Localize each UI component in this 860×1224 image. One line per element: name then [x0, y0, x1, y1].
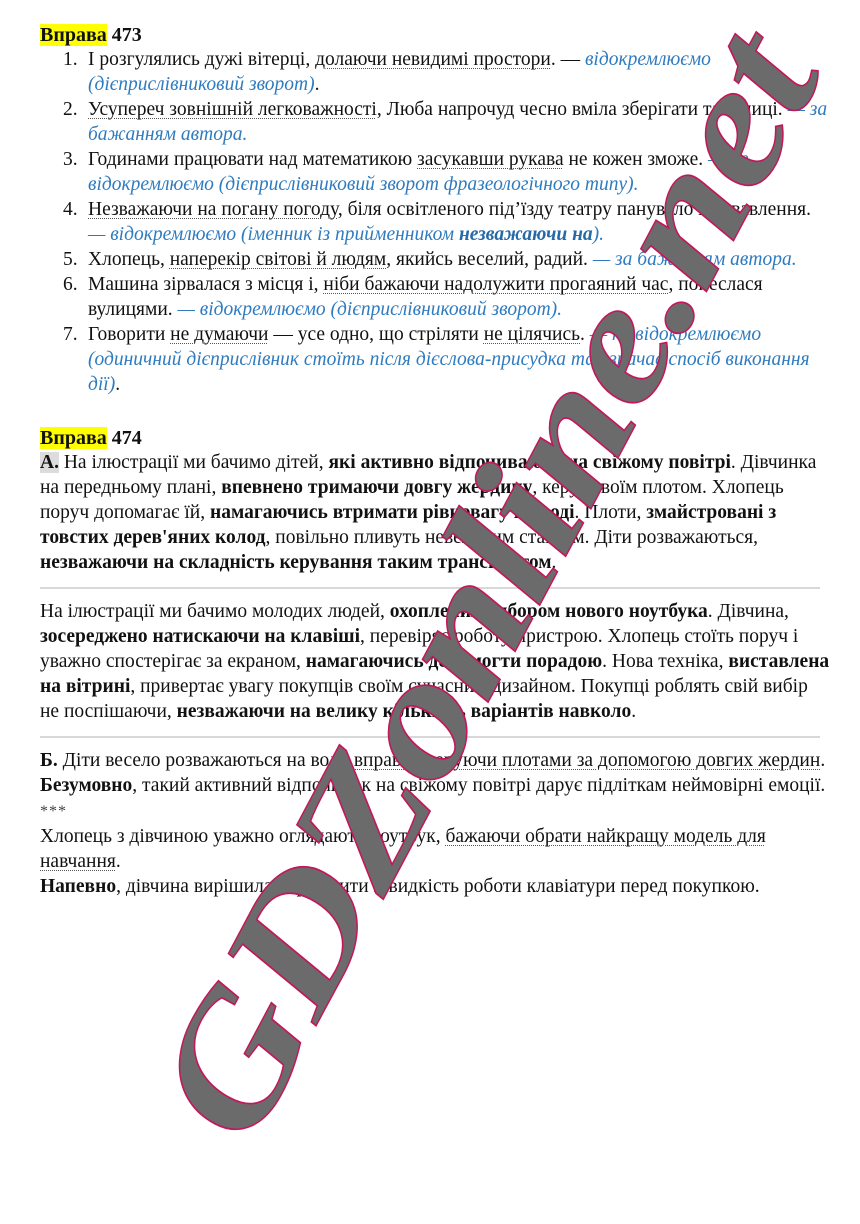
text-run: не кожен зможе. [564, 149, 708, 170]
divider [40, 736, 820, 738]
title-highlight: Вправа [40, 24, 107, 46]
exercise-number: 474 [107, 427, 142, 449]
part-a-paragraph-1: А. На ілюстрації ми бачимо дітей, які ак… [40, 450, 830, 575]
emphasized-term: незважаючи на [459, 224, 593, 245]
item-number: 1. [63, 47, 78, 72]
underlined-phrase: ніби бажаючи надолужити прогаяний час [323, 274, 668, 295]
text-run: , Люба напрочуд чесно вміла зберігати та… [377, 99, 788, 120]
list-item: 5.Хлопець, наперекір світові й людям, як… [88, 247, 830, 272]
item-number: 5. [63, 247, 78, 272]
text-run: , повільно пливуть невеликим ставком. Ді… [266, 527, 759, 548]
part-b-line: Напевно, дівчина вирішила перевірити шви… [40, 874, 830, 899]
text-run: Годинами працювати над математикою [88, 149, 417, 170]
text-run: — усе одно, що стріляти [268, 324, 483, 345]
text-run: Діти весело розважаються на воді, [58, 750, 354, 771]
list-item: 4.Незважаючи на погану погоду, біля осві… [88, 197, 830, 247]
part-b-line: *** [40, 798, 830, 824]
text-run: Хлопець з дівчиною уважно оглядають ноут… [40, 826, 446, 847]
list-item: 2.Усупереч зовнішній легковажності, Люба… [88, 97, 830, 147]
text-run: І розгулялись дужі вітерці, [88, 49, 315, 70]
bold-phrase: впевнено тримаючи довгу жердину [221, 477, 532, 498]
bold-phrase: охоплених вибором нового ноутбука [390, 601, 708, 622]
title-highlight: Вправа [40, 427, 107, 449]
item-number: 6. [63, 272, 78, 297]
text-run: , біля освітленого під’їзду театру панув… [338, 199, 811, 220]
part-b-section: Б. Діти весело розважаються на воді, впр… [40, 748, 830, 899]
item-number: 4. [63, 197, 78, 222]
annotation-note: ). [593, 224, 604, 245]
text-run: . — [551, 49, 585, 70]
part-b-line: Б. Діти весело розважаються на воді, впр… [40, 748, 830, 773]
text-run: . [315, 74, 320, 95]
text-run: . [820, 750, 825, 771]
bold-phrase: незважаючи на велику кількість варіантів… [177, 701, 632, 722]
part-a-label: А. [40, 452, 59, 473]
text-run: На ілюстрації ми бачимо молодих людей, [40, 601, 390, 622]
underlined-phrase: Незважаючи на погану погоду [88, 199, 338, 220]
divider [40, 587, 820, 589]
item-number: 7. [63, 322, 78, 347]
text-run: , такий активний відпочинок на свіжому п… [132, 775, 825, 796]
exercise-473-title: Вправа 473 [40, 22, 830, 47]
list-item: 7.Говорити не думаючи — усе одно, що стр… [88, 322, 830, 397]
exercise-number: 473 [107, 24, 142, 46]
text-run: Говорити [88, 324, 170, 345]
text-run: Хлопець, [88, 249, 170, 270]
item-number: 2. [63, 97, 78, 122]
annotation-note: — відокремлюємо (дієприслівниковий зворо… [178, 299, 563, 320]
part-b-line: Безумовно, такий активний відпочинок на … [40, 773, 830, 798]
list-item: 6.Машина зірвалася з місця і, ніби бажаю… [88, 272, 830, 322]
bold-phrase: намагаючись втримати рівновагу на воді [210, 502, 575, 523]
underlined-phrase: не цілячись [484, 324, 580, 345]
text-run: . [116, 851, 121, 872]
underlined-phrase: наперекір світові й людям [170, 249, 387, 270]
bold-phrase: намагаючись допомогти порадою [306, 651, 602, 672]
document-page: Вправа 473 1.І розгулялись дужі вітерці,… [40, 22, 830, 899]
text-run: . [580, 324, 590, 345]
annotation-note: — за бажанням автора. [593, 249, 797, 270]
text-run: . Дівчина, [708, 601, 789, 622]
item-number: 3. [63, 147, 78, 172]
annotation-note: незважаючи на [459, 224, 593, 245]
underlined-phrase: долаючи невидимі простори [315, 49, 551, 70]
text-run: Машина зірвалася з місця і, [88, 274, 323, 295]
bold-phrase: які активно відпочивають на свіжому пові… [329, 452, 731, 473]
text-run: , якийсь веселий, радий. [386, 249, 593, 270]
bold-phrase: Безумовно [40, 775, 132, 796]
list-item: 1.І розгулялись дужі вітерці, долаючи не… [88, 47, 830, 97]
bold-phrase: зосереджено натискаючи на клавіші [40, 626, 360, 647]
exercise-474-title: Вправа 474 [40, 425, 830, 450]
underlined-phrase: не думаючи [170, 324, 268, 345]
text-run: . [552, 552, 557, 573]
separator-stars: *** [40, 803, 67, 820]
underlined-phrase: засукавши рукава [417, 149, 564, 170]
text-run: . [115, 374, 120, 395]
annotation-note: — відокремлюємо (іменник із прийменником [88, 224, 459, 245]
exercise-473-list: 1.І розгулялись дужі вітерці, долаючи не… [40, 47, 830, 397]
bold-phrase: незважаючи на складність керування таким… [40, 552, 552, 573]
part-b-line: Хлопець з дівчиною уважно оглядають ноут… [40, 824, 830, 874]
part-b-label: Б. [40, 750, 58, 771]
underlined-phrase: Усупереч зовнішній легковажності [88, 99, 377, 120]
text-run: , дівчина вирішила перевірити швидкість … [116, 876, 760, 897]
text-run: . [631, 701, 636, 722]
bold-phrase: Напевно [40, 876, 116, 897]
list-item: 3.Годинами працювати над математикою зас… [88, 147, 830, 197]
text-run: На ілюстрації ми бачимо дітей, [59, 452, 329, 473]
text-run: . Нова техніка, [602, 651, 728, 672]
underlined-phrase: вправно керуючи плотами за допомогою дов… [354, 750, 820, 771]
part-a-paragraph-2: На ілюстрації ми бачимо молодих людей, о… [40, 599, 830, 724]
text-run: . Плоти, [575, 502, 647, 523]
